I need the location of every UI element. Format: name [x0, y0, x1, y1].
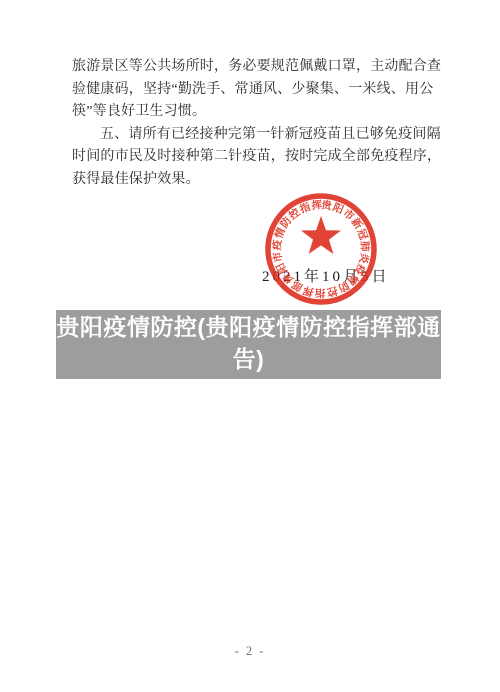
official-seal-stamp-icon: 贵阳市新冠肺炎疫情防控指挥部贵阳市疫情防控指挥部 [263, 191, 379, 307]
document-page: 旅游景区等公共场所时，务必要规范佩戴口罩，主动配合查 验健康码，坚持“勤洗手、常… [0, 0, 500, 692]
paragraph1-line3: 筷”等良好卫生习惯。 [72, 101, 430, 124]
paragraph1-line1: 旅游景区等公共场所时，务必要规范佩戴口罩，主动配合查 [72, 56, 430, 79]
page-number: - 2 - [0, 644, 500, 659]
document-body-text: 旅游景区等公共场所时，务必要规范佩戴口罩，主动配合查 验健康码，坚持“勤洗手、常… [72, 56, 430, 191]
paragraph1-line2: 验健康码，坚持“勤洗手、常通风、少聚集、一米线、用公 [72, 79, 430, 102]
seal-outer-ring [268, 196, 374, 302]
paragraph2-line2: 时间的市民及时接种第二针疫苗，按时完成全部免疫程序， [72, 146, 430, 169]
caption-banner-title: 贵阳疫情防控(贵阳疫情防控指挥部通告) [56, 311, 441, 375]
caption-banner: 贵阳疫情防控(贵阳疫情防控指挥部通告) [56, 310, 441, 379]
paragraph2-line3: 获得最佳保护效果。 [72, 169, 430, 192]
paragraph2-line1: 五、请所有已经接种完第一针新冠疫苗且已够免疫间隔 [72, 124, 430, 147]
seal-star-icon [301, 216, 341, 254]
